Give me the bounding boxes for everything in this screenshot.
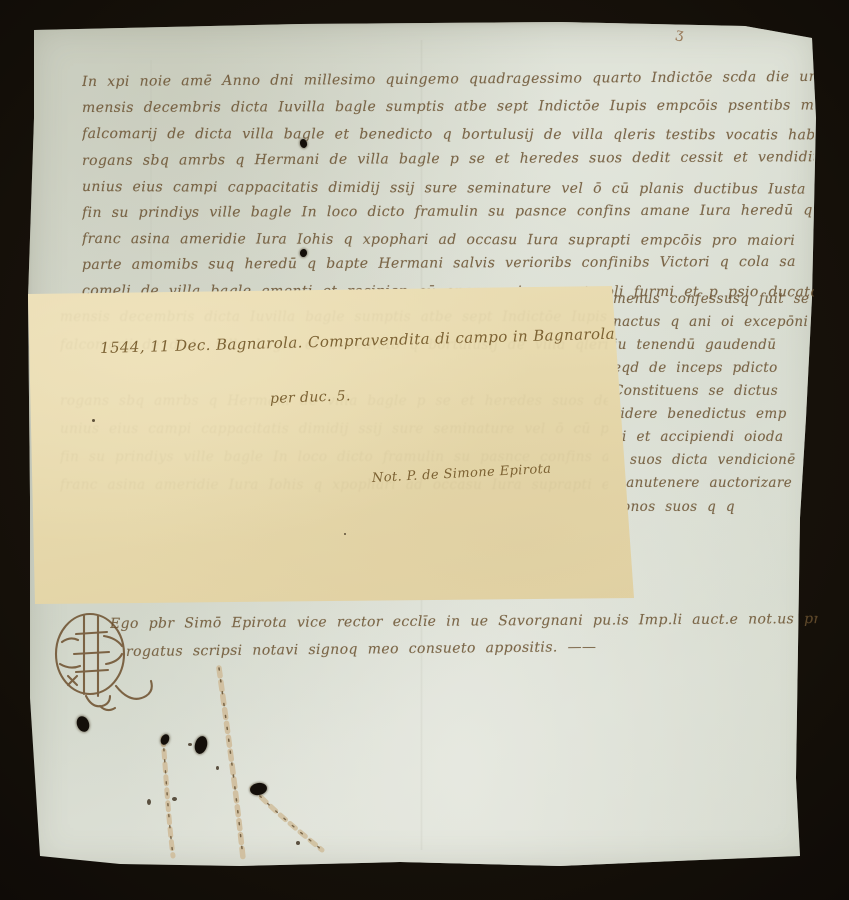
manuscript-text-fragment: di et accipiendi oioda bbox=[613, 426, 815, 448]
manuscript-text-line: unius eius campi cappacitatis dimidij ss… bbox=[82, 175, 814, 202]
slip-speck bbox=[92, 419, 95, 422]
parchment-speck bbox=[216, 766, 219, 770]
slip-ghost-bleedthrough: franc asina ameridie Iura Iohis q xpopha… bbox=[60, 477, 608, 493]
slip-price: per duc. 5. bbox=[270, 388, 351, 407]
parchment-speck bbox=[296, 841, 300, 845]
manuscript-text-fragment: bonos suos q q bbox=[613, 496, 815, 518]
manuscript-text-fragment: manutenere auctorizare bbox=[613, 472, 815, 494]
manuscript-text-line: rogans sbq amrbs q Hermani de villa bagl… bbox=[82, 145, 814, 173]
manuscript-text-line: fin su prindiys ville bagle In loco dict… bbox=[82, 198, 814, 225]
manuscript-text-line: franc asina ameridie Iura Iohis q xpopha… bbox=[82, 227, 814, 253]
manuscript-text-line: mensis decembris dicta Iuvilla bagle sum… bbox=[82, 93, 814, 120]
photographed-parchment-deed: In xpi noie amē Anno dni millesimo quing… bbox=[0, 0, 849, 900]
parchment-speck bbox=[147, 799, 151, 805]
slip-ghost-bleedthrough: mensis decembris dicta Iuvilla bagle sum… bbox=[60, 309, 608, 325]
manuscript-text-line: falcomarij de dicta villa bagle et bened… bbox=[82, 122, 814, 147]
slip-ghost-bleedthrough: unius eius campi cappacitatis dimidij ss… bbox=[60, 421, 608, 437]
manuscript-text-fragment: eqd de inceps pdicto bbox=[613, 357, 815, 379]
manuscript-text-fragment: Constituens se dictus bbox=[613, 380, 815, 402]
manuscript-text-fragment: iu tenendū gaudendū bbox=[613, 334, 815, 356]
manuscript-text-fragment: s suos dicta vendicionē bbox=[613, 449, 815, 471]
manuscript-text-fragment: sidere benedictus emp bbox=[613, 403, 815, 425]
manuscript-text-line: In xpi noie amē Anno dni millesimo quing… bbox=[82, 65, 814, 94]
archival-slip: mensis decembris dicta Iuvilla bagle sum… bbox=[26, 283, 646, 605]
manuscript-text-fragment: nactus q ani oi excepōni bbox=[613, 311, 815, 333]
manuscript-text-fragment: menus confessusq fuit se bbox=[613, 288, 815, 310]
manuscript-text-line: parte amomibs suq heredū q bapte Hermani… bbox=[82, 250, 814, 277]
slip-speck bbox=[344, 533, 346, 535]
parchment-speck bbox=[172, 797, 177, 801]
parchment-speck bbox=[188, 743, 192, 746]
notarial-subscription-line: Ego pbr Simō Epirota vice rector ecclīe … bbox=[110, 607, 818, 636]
